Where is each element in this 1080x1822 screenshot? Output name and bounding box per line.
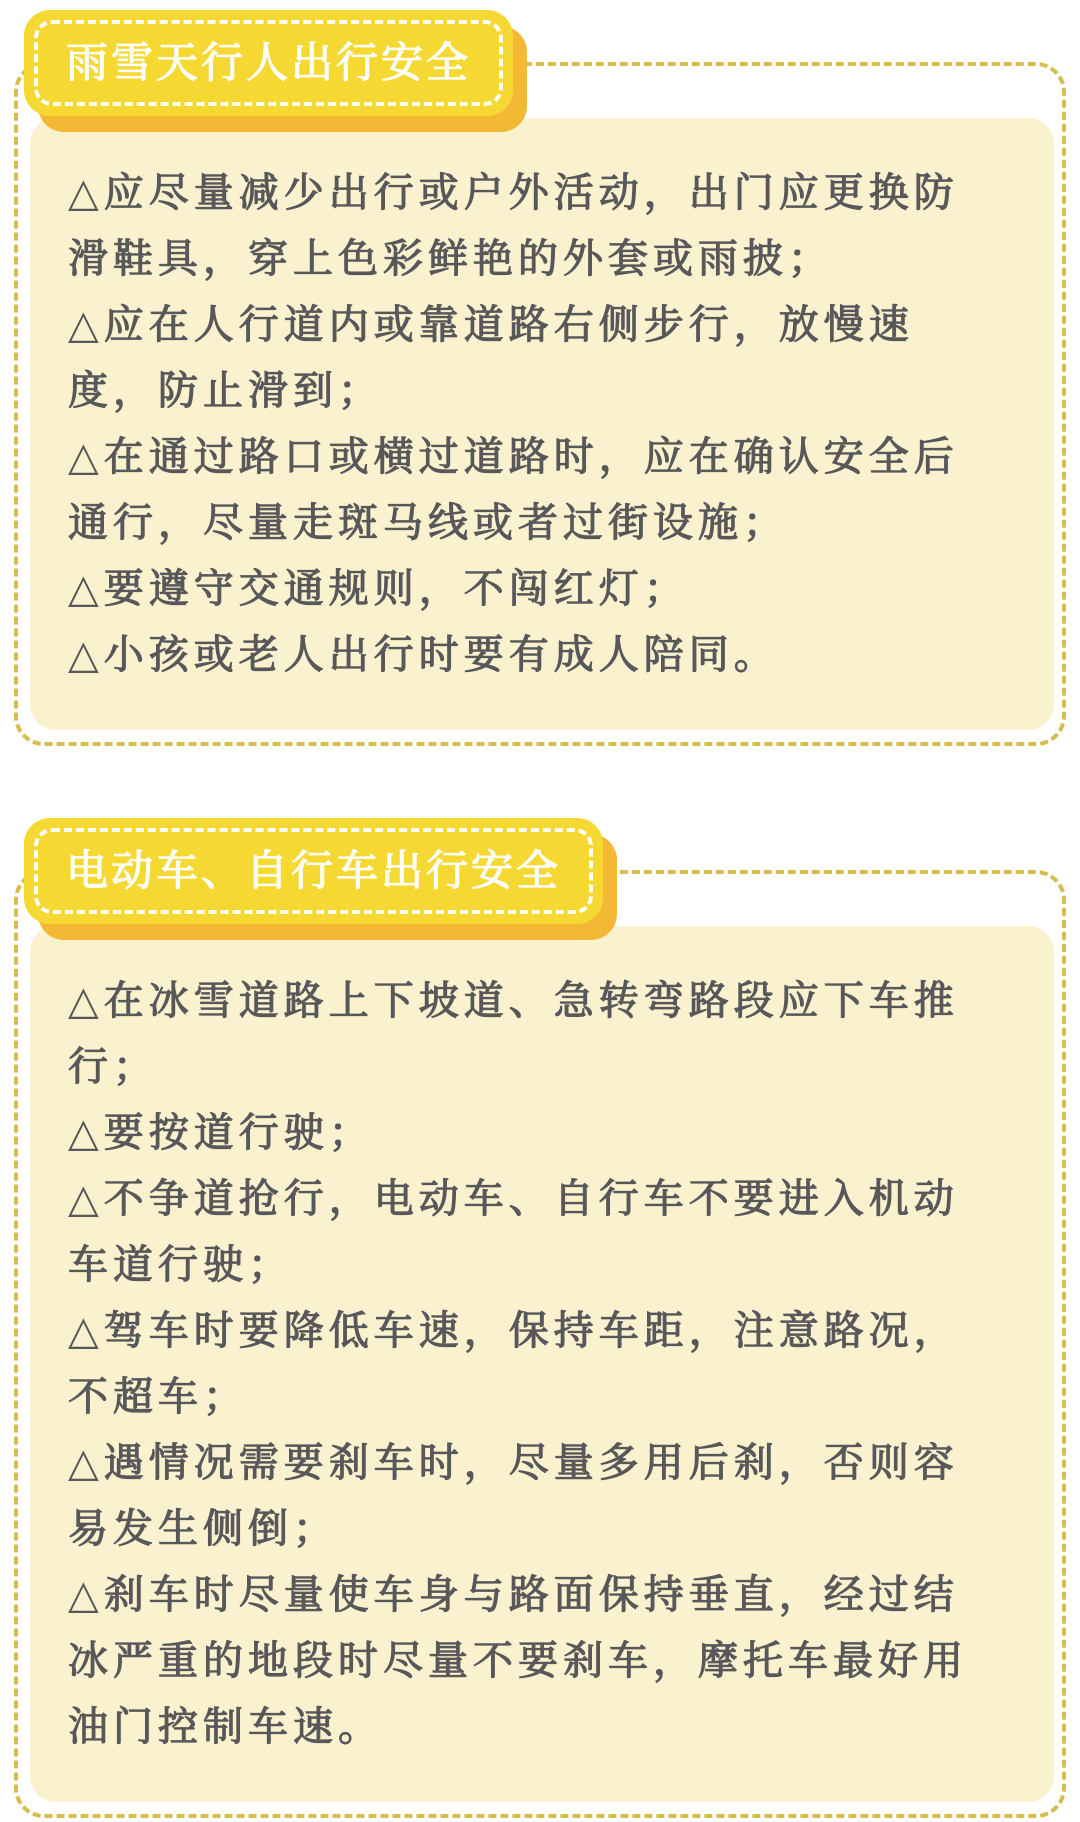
safety-tip: △不争道抢行，电动车、自行车不要进入机动车道行驶； (68, 1166, 998, 1298)
dashed-border-box: △应尽量减少出行或户外活动，出门应更换防滑鞋具，穿上色彩鲜艳的外套或雨披； △应… (14, 62, 1066, 746)
safety-tip: △刹车时尽量使车身与路面保持垂直，经过结冰严重的地段时尽量不要刹车，摩托车最好用… (68, 1562, 998, 1760)
safety-tip: △在冰雪道路上下坡道、急转弯路段应下车推行； (68, 968, 998, 1100)
section-title: 电动车、自行车出行安全 (34, 828, 593, 914)
tips-panel: △应尽量减少出行或户外活动，出门应更换防滑鞋具，穿上色彩鲜艳的外套或雨披； △应… (30, 118, 1054, 730)
safety-tip: △遇情况需要刹车时，尽量多用后刹，否则容易发生侧倒； (68, 1430, 998, 1562)
pedestrian-safety-badge: 雨雪天行人出行安全 (24, 10, 513, 116)
dashed-border-box: △在冰雪道路上下坡道、急转弯路段应下车推行； △要按道行驶； △不争道抢行，电动… (14, 870, 1066, 1818)
tips-panel: △在冰雪道路上下坡道、急转弯路段应下车推行； △要按道行驶； △不争道抢行，电动… (30, 926, 1054, 1802)
safety-tip: △小孩或老人出行时要有成人陪同。 (68, 622, 998, 688)
section-bike-safety: 电动车、自行车出行安全 △在冰雪道路上下坡道、急转弯路段应下车推行； △要按道行… (14, 870, 1066, 1818)
safety-tip: △应尽量减少出行或户外活动，出门应更换防滑鞋具，穿上色彩鲜艳的外套或雨披； (68, 160, 998, 292)
safety-tip: △要按道行驶； (68, 1100, 998, 1166)
bike-safety-badge: 电动车、自行车出行安全 (24, 818, 603, 924)
section-title: 雨雪天行人出行安全 (34, 20, 503, 106)
safety-tip: △驾车时要降低车速，保持车距，注意路况，不超车； (68, 1298, 998, 1430)
safety-tip: △要遵守交通规则，不闯红灯； (68, 556, 998, 622)
safety-tip: △在通过路口或横过道路时，应在确认安全后通行，尽量走斑马线或者过街设施； (68, 424, 998, 556)
safety-tip: △应在人行道内或靠道路右侧步行，放慢速度，防止滑到； (68, 292, 998, 424)
section-pedestrian-safety: 雨雪天行人出行安全 △应尽量减少出行或户外活动，出门应更换防滑鞋具，穿上色彩鲜艳… (14, 62, 1066, 746)
